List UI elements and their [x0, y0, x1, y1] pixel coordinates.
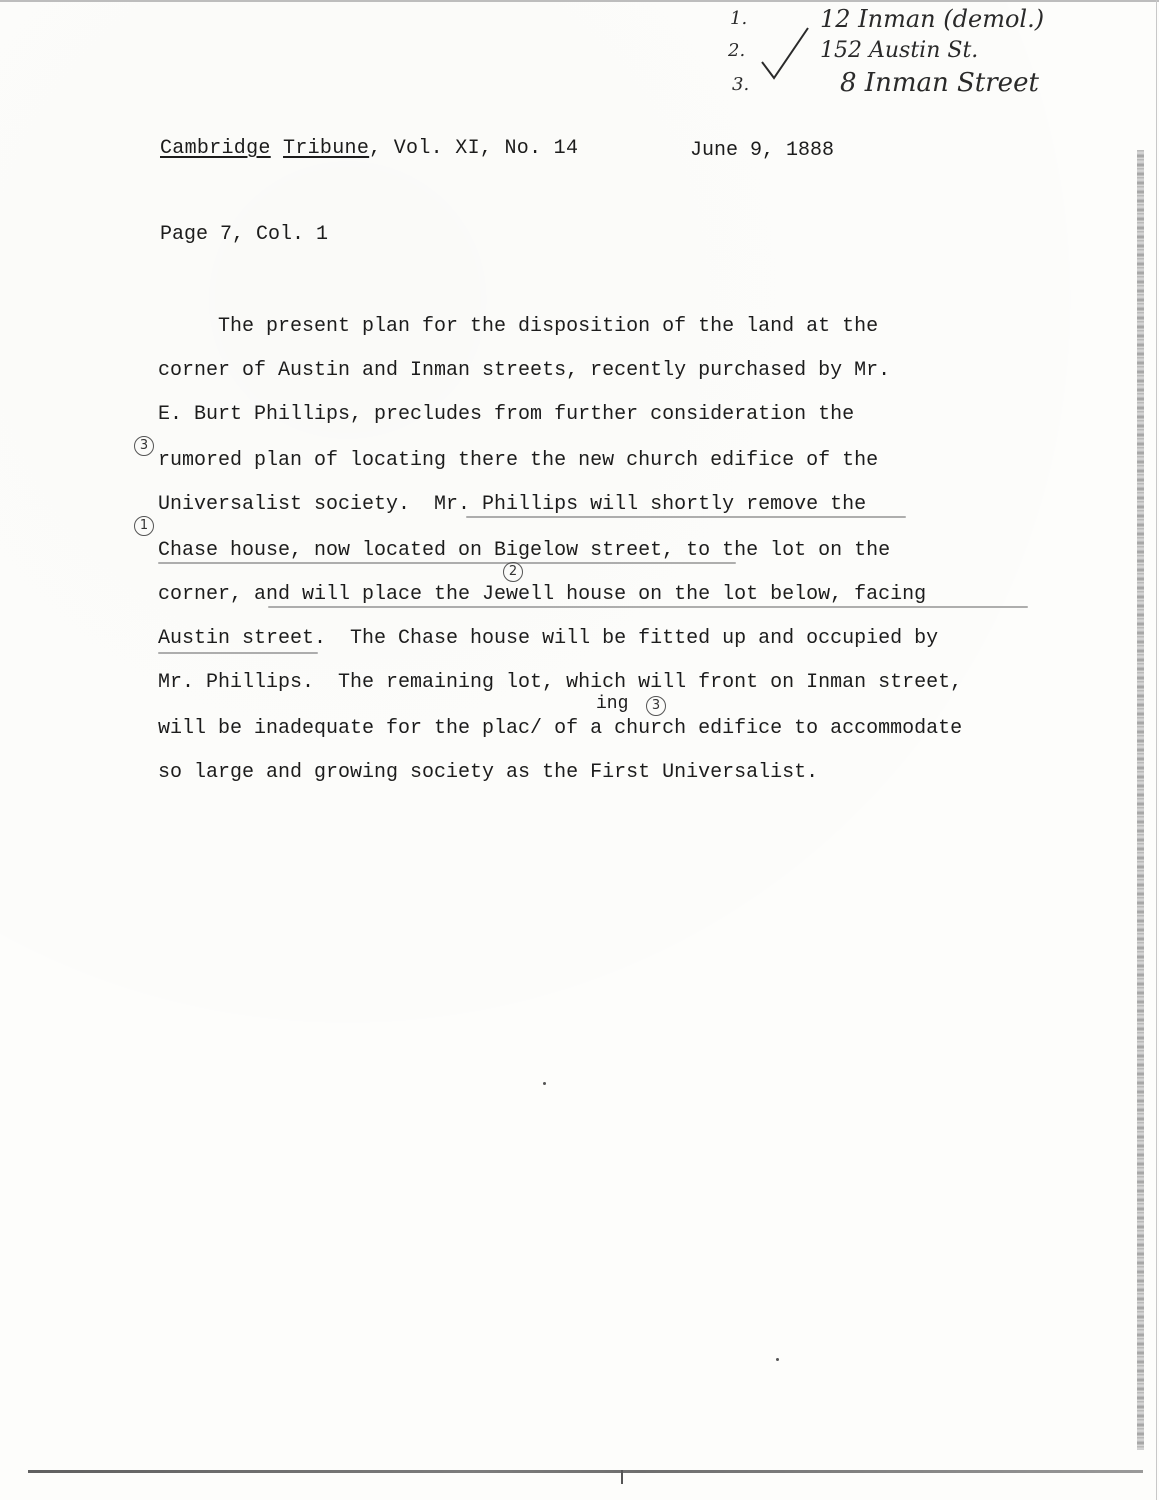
circled-mark: 2	[503, 562, 523, 582]
page-column: Page 7, Col. 1	[160, 223, 328, 246]
article-line: Austin street. The Chase house will be f…	[158, 624, 938, 654]
scan-edge-line	[1156, 0, 1157, 1500]
pencil-underline	[158, 562, 736, 564]
volume-info: , Vol. XI, No. 14	[369, 137, 578, 160]
note-number-2: 2.	[728, 40, 745, 61]
circled-mark: 3	[646, 696, 666, 716]
bottom-edge-mark	[621, 1470, 623, 1484]
publication-name-2: Tribune	[283, 137, 369, 160]
handwritten-insertion: ing	[596, 694, 628, 714]
article-line: will be inadequate for the plac/ of a ch…	[158, 714, 962, 744]
pencil-underline	[268, 606, 1028, 608]
article-line: Mr. Phillips. The remaining lot, which w…	[158, 668, 962, 698]
note-2: 152 Austin St.	[820, 36, 978, 66]
citation-line: Cambridge Tribune, Vol. XI, No. 14	[160, 137, 578, 160]
document-page: 1. 12 Inman (demol.) 2. 152 Austin St. 3…	[0, 0, 1159, 1500]
article-line: rumored plan of locating there the new c…	[158, 446, 878, 476]
article-line: E. Burt Phillips, precludes from further…	[158, 400, 854, 430]
article-line: corner of Austin and Inman streets, rece…	[158, 356, 890, 386]
note-3: 8 Inman Street	[840, 68, 1039, 98]
scan-speck	[776, 1358, 779, 1361]
article-line: The present plan for the disposition of …	[158, 312, 878, 342]
circled-mark: 1	[134, 516, 154, 536]
pencil-underline	[466, 516, 906, 518]
top-edge	[0, 0, 1159, 2]
scan-edge-shadow	[1137, 150, 1144, 1450]
publication-name: Cambridge	[160, 137, 271, 160]
article-line: so large and growing society as the Firs…	[158, 758, 818, 788]
pencil-underline	[158, 652, 318, 654]
note-number-3: 3.	[732, 74, 749, 95]
checkmark-icon	[758, 24, 818, 84]
scan-speck	[543, 1082, 546, 1085]
bottom-edge	[28, 1470, 1143, 1473]
publication-date: June 9, 1888	[690, 139, 834, 162]
note-1: 12 Inman (demol.)	[820, 4, 1044, 34]
circled-mark: 3	[134, 436, 154, 456]
note-number-1: 1.	[730, 8, 747, 29]
